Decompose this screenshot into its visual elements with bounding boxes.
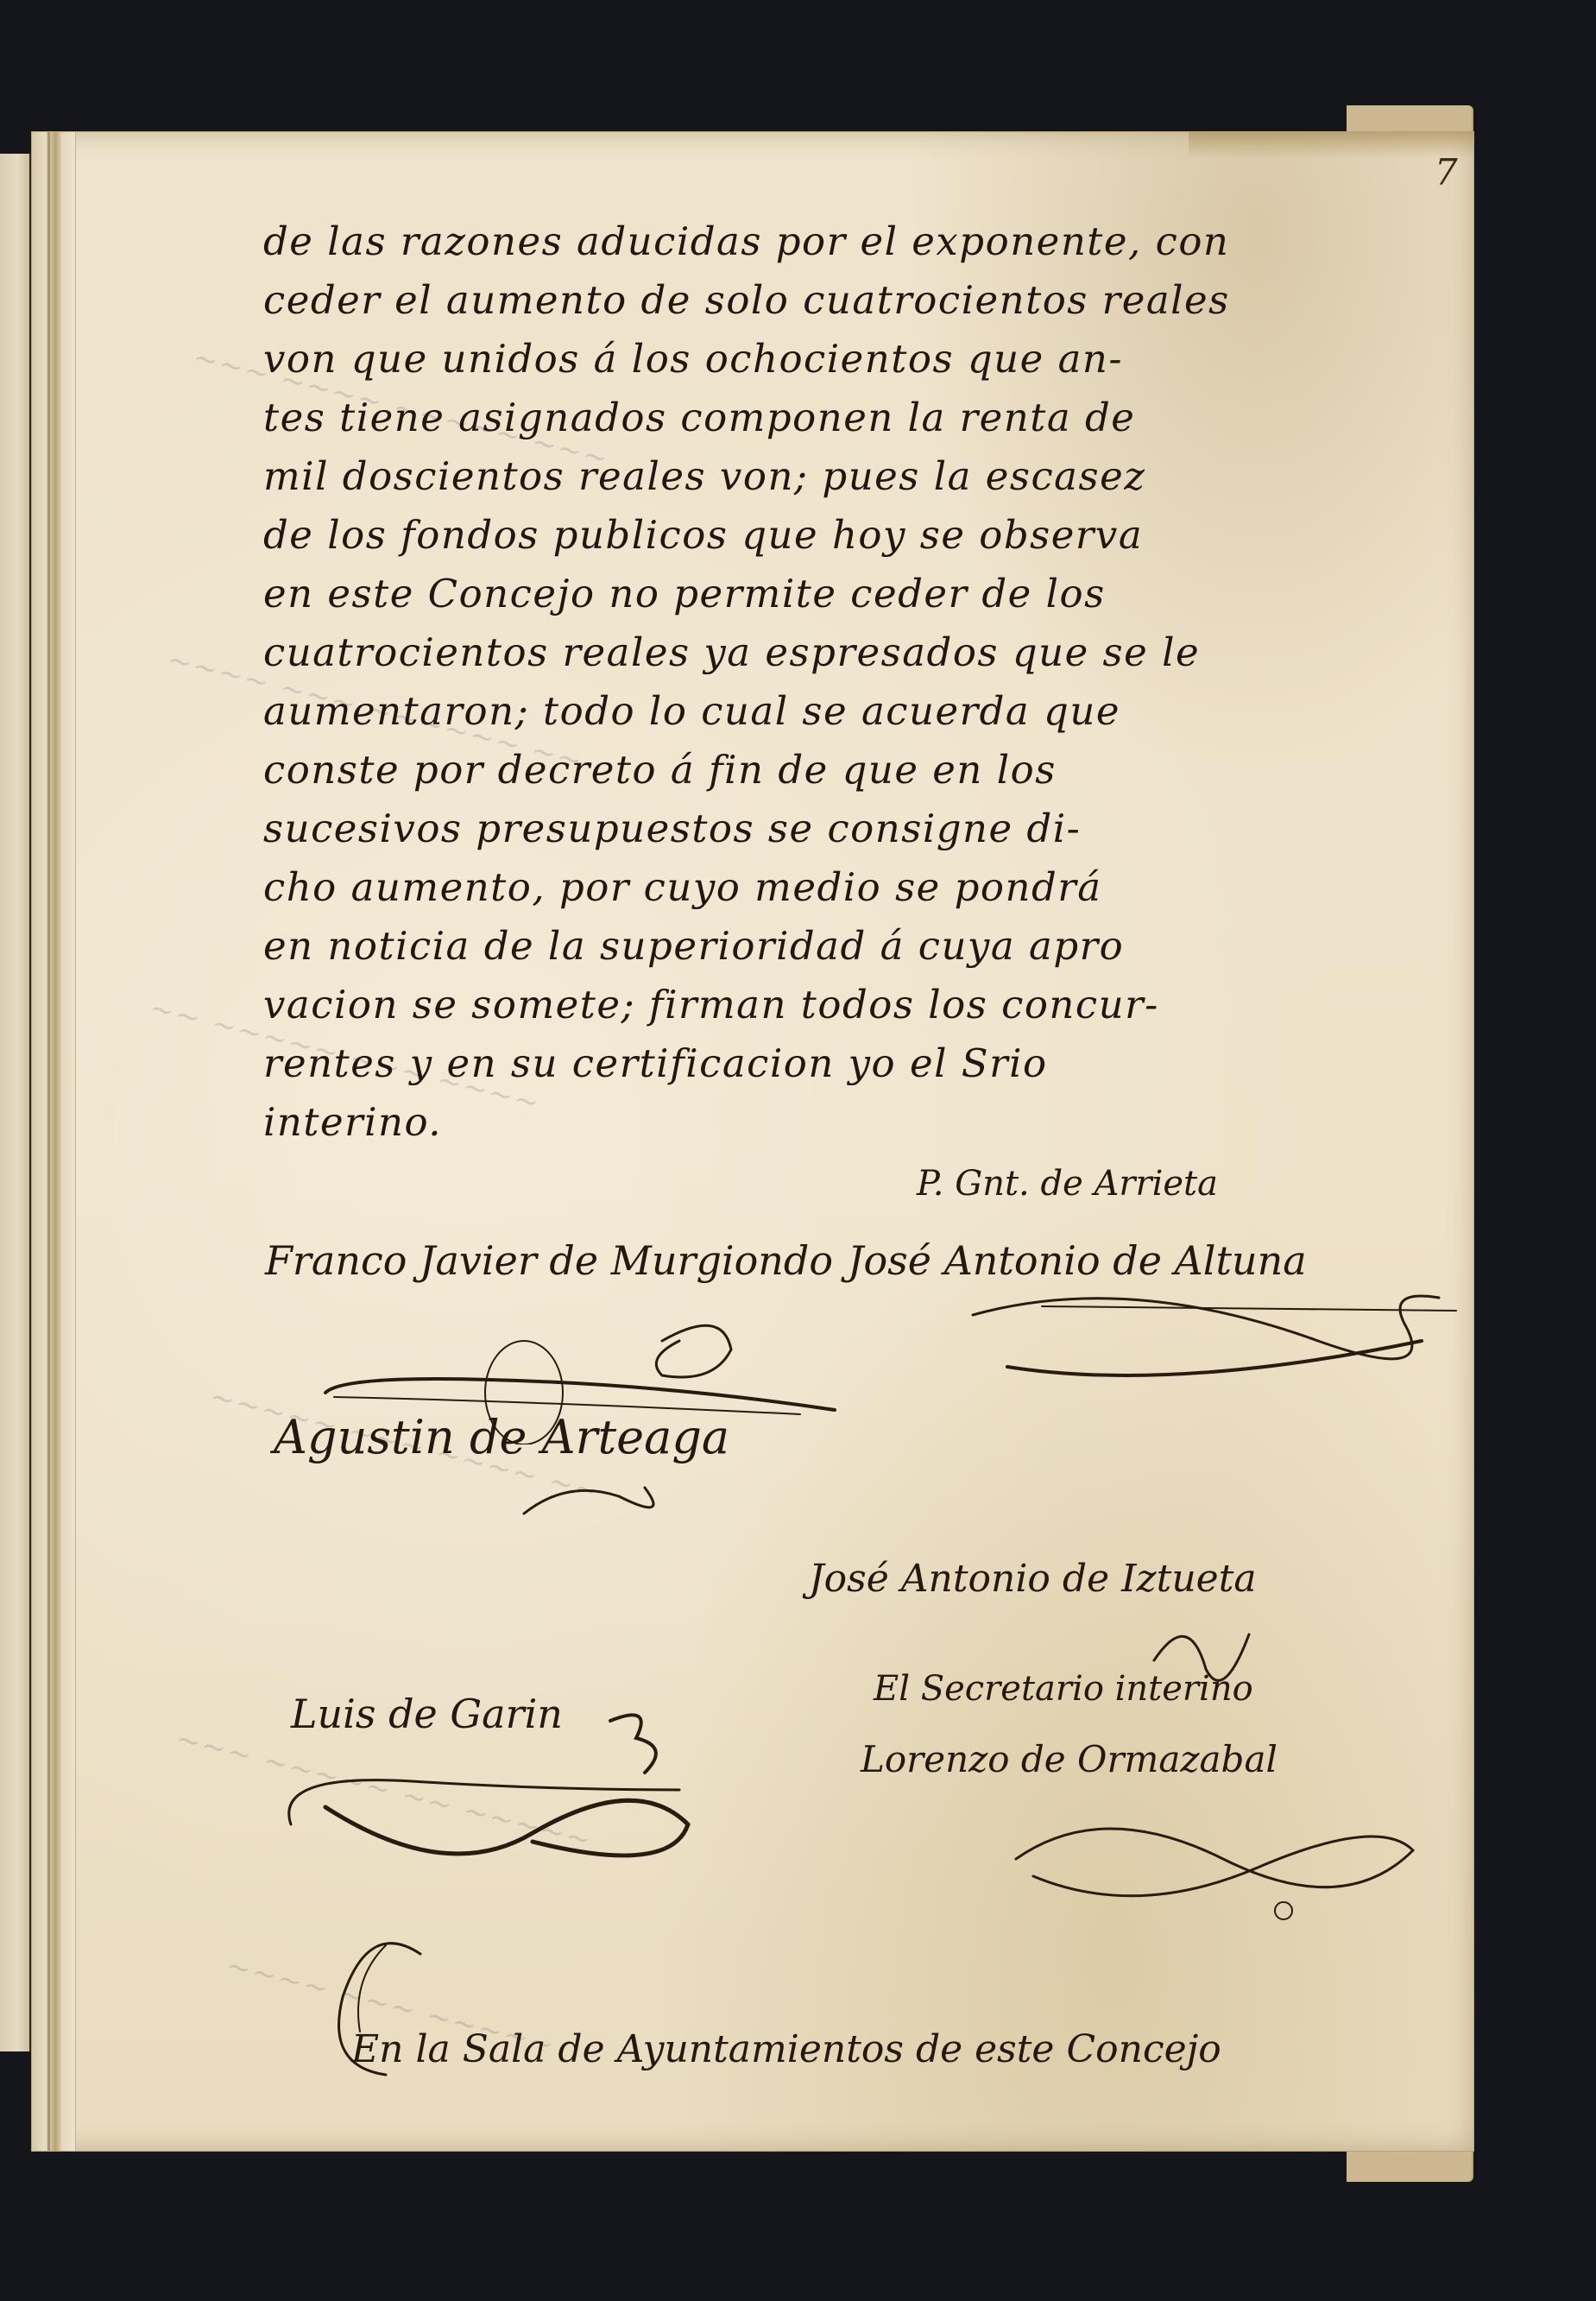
- body-line: interino.: [263, 1099, 1472, 1145]
- signature-garin: Luis de Garin: [291, 1691, 563, 1737]
- body-line: von que unidos á los ochocientos que an-: [263, 336, 1472, 382]
- body-line: vacion se somete; firman todos los concu…: [263, 982, 1472, 1027]
- next-entry-opening: En la Sala de Ayuntamientos de este Conc…: [351, 2027, 1221, 2071]
- signature-iztueta: José Antonio de Iztueta: [809, 1557, 1257, 1601]
- body-line: ceder el aumento de solo cuatrocientos r…: [263, 277, 1472, 323]
- body-line: en noticia de la superioridad á cuya apr…: [263, 923, 1472, 969]
- secretary-name: Lorenzo de Ormazabal: [861, 1738, 1277, 1780]
- body-line: de los fondos publicos que hoy se observ…: [263, 512, 1472, 558]
- rubric-flourish-icon: [956, 1263, 1473, 1401]
- folio-number: 7: [1435, 151, 1458, 193]
- body-line: mil doscientos reales von; pues la escas…: [263, 453, 1472, 499]
- rubric-flourish-icon: [999, 1798, 1430, 1928]
- rubric-flourish-icon: [274, 1755, 705, 1885]
- signature-murgiondo: Franco Javier de Murgiondo: [265, 1237, 833, 1284]
- body-line: cuatrocientos reales ya espresados que s…: [263, 629, 1472, 675]
- signature-arrieta: P. Gnt. de Arrieta: [917, 1164, 1218, 1204]
- previous-leaf-edge: [0, 154, 31, 2051]
- manuscript-page: ~~~ ~~~~ ~~~~~ ~~~ ~~~~ ~~~ ~~~~~~ ~~ ~~…: [31, 131, 1474, 2152]
- body-line: sucesivos presupuestos se consigne di-: [263, 806, 1472, 851]
- body-line: rentes y en su certificacion yo el Srio: [263, 1040, 1472, 1086]
- binding-gutter: [32, 132, 76, 2151]
- body-line: tes tiene asignados componen la renta de: [263, 395, 1472, 440]
- water-stain: [1189, 132, 1473, 158]
- rubric-flourish-icon: [515, 1462, 705, 1539]
- body-line: conste por decreto á fin de que en los: [263, 747, 1472, 793]
- body-line: cho aumento, por cuyo medio se pondrá: [263, 864, 1472, 910]
- rubric-flourish-icon: [317, 1289, 852, 1444]
- body-line: en este Concejo no permite ceder de los: [263, 571, 1472, 616]
- body-line: de las razones aducidas por el exponente…: [263, 218, 1472, 264]
- rubric-flourish-icon: [1137, 1617, 1275, 1704]
- body-line: aumentaron; todo lo cual se acuerda que: [263, 688, 1472, 734]
